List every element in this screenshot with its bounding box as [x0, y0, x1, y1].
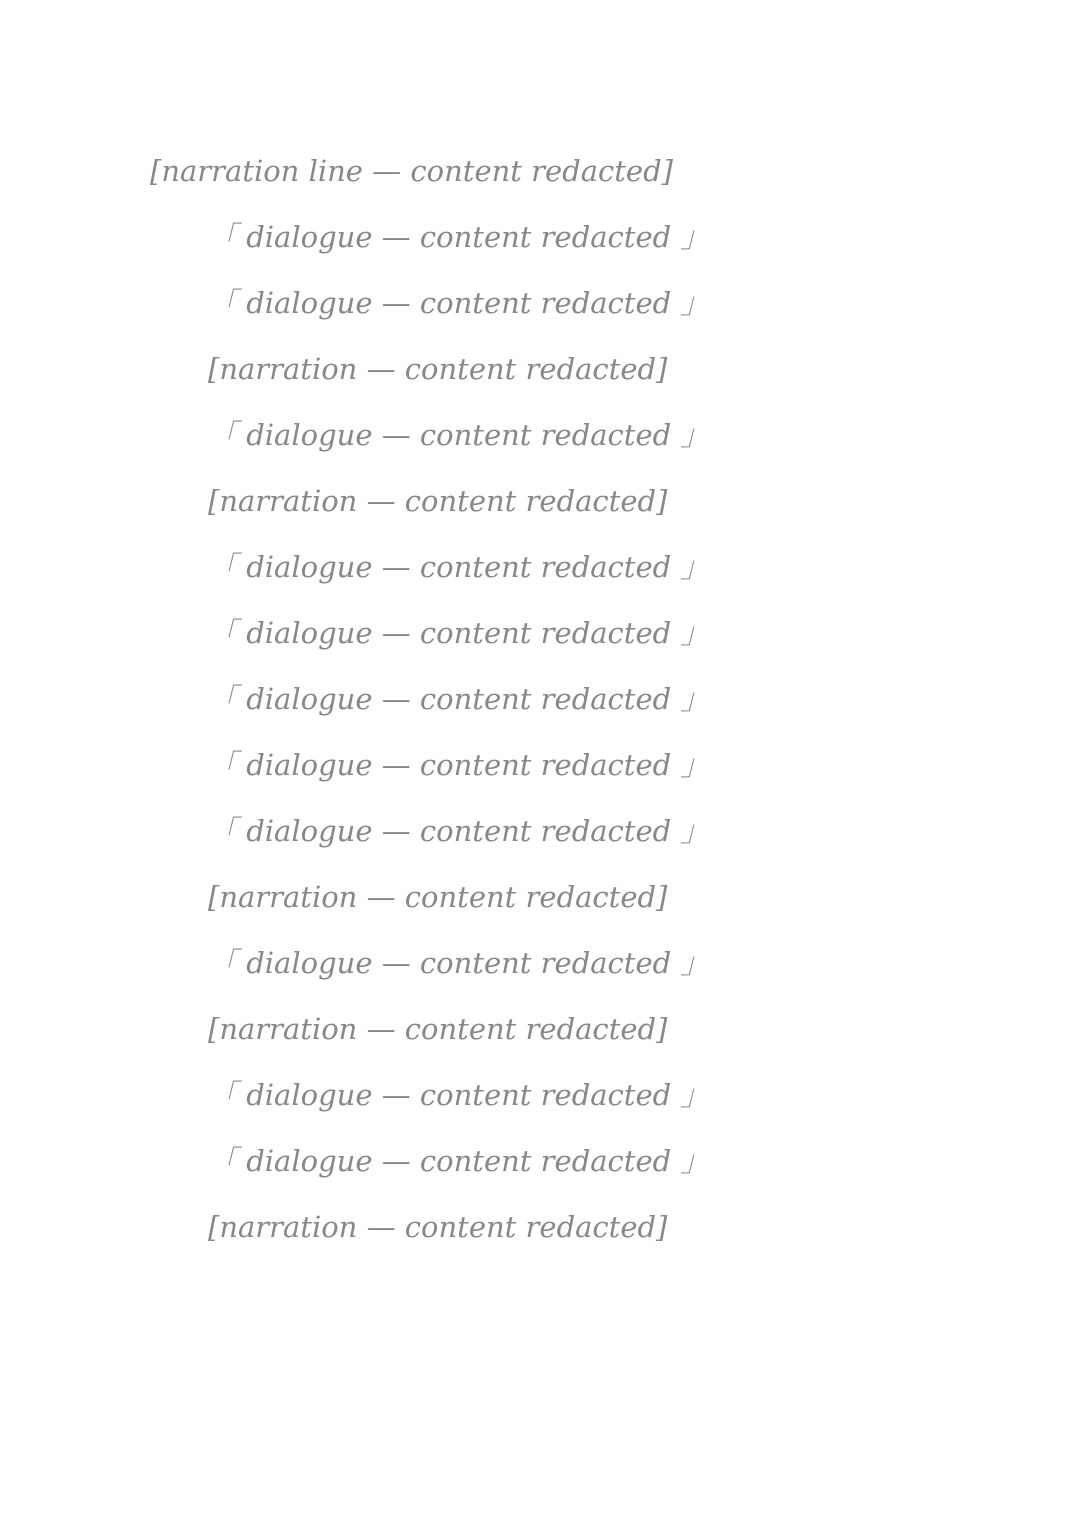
paragraph-text: 「 dialogue — content redacted 」 — [208, 814, 709, 848]
paragraph-text: 「 dialogue — content redacted 」 — [208, 220, 709, 254]
paragraph-9-dialogue: 「 dialogue — content redacted 」 — [150, 666, 932, 732]
paragraph-6-narration: [narration — content redacted] — [150, 468, 932, 534]
paragraph-text: 「 dialogue — content redacted 」 — [208, 946, 709, 980]
paragraph-text: 「 dialogue — content redacted 」 — [208, 550, 709, 584]
paragraph-15-dialogue: 「 dialogue — content redacted 」 — [150, 1062, 932, 1128]
paragraph-text: 「 dialogue — content redacted 」 — [208, 616, 709, 650]
paragraph-text: 「 dialogue — content redacted 」 — [208, 418, 709, 452]
paragraph-text: 「 dialogue — content redacted 」 — [208, 1144, 709, 1178]
paragraph-10-dialogue: 「 dialogue — content redacted 」 — [150, 732, 932, 798]
paragraph-text: 「 dialogue — content redacted 」 — [208, 748, 709, 782]
paragraph-text: [narration line — content redacted] — [150, 154, 673, 188]
paragraph-4-narration: [narration — content redacted] — [150, 336, 932, 402]
paragraph-13-dialogue: 「 dialogue — content redacted 」 — [150, 930, 932, 996]
paragraph-text: [narration — content redacted] — [208, 1210, 667, 1244]
paragraph-5-dialogue: 「 dialogue — content redacted 」 — [150, 402, 932, 468]
paragraph-1-narration-continuation: [narration line — content redacted] — [150, 138, 932, 204]
document-page: [narration line — content redacted] 「 di… — [0, 0, 1080, 1527]
paragraph-16-dialogue: 「 dialogue — content redacted 」 — [150, 1128, 932, 1194]
paragraph-text: [narration — content redacted] — [208, 484, 667, 518]
paragraph-text: 「 dialogue — content redacted 」 — [208, 1078, 709, 1112]
paragraph-3-dialogue: 「 dialogue — content redacted 」 — [150, 270, 932, 336]
paragraph-text: [narration — content redacted] — [208, 352, 667, 386]
paragraph-text: 「 dialogue — content redacted 」 — [208, 682, 709, 716]
paragraph-2-dialogue: 「 dialogue — content redacted 」 — [150, 204, 932, 270]
paragraph-text: [narration — content redacted] — [208, 880, 667, 914]
body-text-block: [narration line — content redacted] 「 di… — [150, 138, 932, 1260]
paragraph-8-dialogue: 「 dialogue — content redacted 」 — [150, 600, 932, 666]
paragraph-14-narration: [narration — content redacted] — [150, 996, 932, 1062]
paragraph-text: [narration — content redacted] — [208, 1012, 667, 1046]
paragraph-text: 「 dialogue — content redacted 」 — [208, 286, 709, 320]
paragraph-7-dialogue: 「 dialogue — content redacted 」 — [150, 534, 932, 600]
paragraph-12-narration: [narration — content redacted] — [150, 864, 932, 930]
paragraph-11-dialogue: 「 dialogue — content redacted 」 — [150, 798, 932, 864]
paragraph-17-narration: [narration — content redacted] — [150, 1194, 932, 1260]
